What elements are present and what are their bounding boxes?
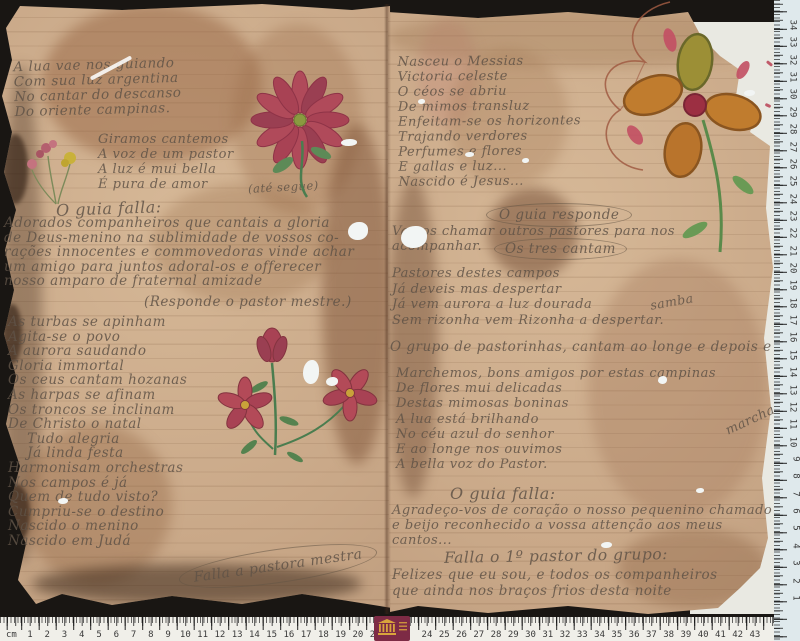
ruler-number: 15 [266, 630, 277, 640]
ruler-number: 3 [790, 560, 800, 565]
ruler-number: 41 [715, 630, 726, 640]
ruler-number: 42 [732, 630, 743, 640]
paper-hole [326, 377, 338, 386]
handwritten-line: e beijo reconhecido a vossa attenção aos… [392, 518, 772, 533]
ruler-number: 33 [577, 630, 588, 640]
handwritten-line: Agita-se o povo [8, 330, 187, 345]
stanza-pastores: Pastores destes camposJá deveis mas desp… [392, 266, 664, 328]
ruler-number: 24 [422, 630, 433, 640]
stanza-song: Giramos cantemosA voz de um pastorA luz … [98, 132, 234, 192]
ruler-number: 1 [27, 630, 32, 640]
handwritten-line: A voz de um pastor [98, 147, 234, 162]
ruler-number: 15 [788, 349, 798, 360]
handwritten-line: No céu azul do senhor [396, 427, 716, 442]
ruler-number: 4 [790, 543, 800, 548]
small-margin-flowers-drawing [18, 130, 88, 210]
handwritten-line: De Christo o natal [8, 417, 187, 432]
stanza-messias: Nasceu o MessiasVictoria celesteO céos s… [397, 53, 581, 190]
ruler-number: 9 [165, 630, 170, 640]
handwritten-line: Nascido é Jesus... [398, 173, 581, 190]
handwritten-line: De mimos transluz [398, 98, 581, 115]
ruler-number: 26 [456, 630, 467, 640]
handwritten-line: Tudo alegria [8, 432, 187, 447]
manuscript-scan: A lua vae nos guiandoCom sua luz argenti… [0, 0, 800, 641]
handwritten-line: E ao longe nos ouvimos [396, 442, 716, 457]
ruler-major-ticks [774, 0, 787, 641]
ruler-number: 24 [788, 193, 798, 204]
handwritten-line: que ainda nos braços frios desta noite [392, 584, 718, 600]
ruler-number: 10 [180, 630, 191, 640]
ruler-number: 20 [353, 630, 364, 640]
ruler-number: 17 [788, 315, 798, 326]
paper-hole [522, 158, 529, 163]
ruler-number: 16 [788, 332, 798, 343]
ruler-number: 39 [680, 630, 691, 640]
paper-hole [341, 139, 357, 146]
handwritten-line: Os troncos se inclinam [8, 403, 187, 418]
handwritten-line: Cumpriu-se o destino [8, 505, 187, 520]
handwritten-line: Victoria celeste [398, 68, 581, 85]
handwritten-line: Giramos cantemos [98, 132, 234, 147]
paper-hole [465, 152, 474, 157]
handwritten-line: de Deus-menino na sublimidade de vossos … [4, 231, 354, 246]
ruler-number: 2 [790, 578, 800, 583]
ruler-number: 36 [629, 630, 640, 640]
handwritten-line: E gallas e luz... [398, 158, 581, 175]
ruler-number: 19 [335, 630, 346, 640]
ruler-number: 22 [788, 228, 798, 239]
stanza-marcha: Marchemos, bons amigos por estas campina… [396, 366, 716, 472]
right-ruler: 1234567891011121314151617181920212223242… [774, 0, 800, 641]
paper-hole [58, 498, 68, 504]
ruler-number: 31 [542, 630, 553, 640]
handwritten-line: Nascido em Judá [8, 534, 187, 549]
handwritten-line: Perfumes e flores [398, 143, 581, 160]
ruler-number: 8 [790, 474, 800, 479]
ruler-number: 23 [788, 211, 798, 222]
ruler-number: 29 [788, 106, 798, 117]
ruler-number: 13 [788, 384, 798, 395]
handwritten-line: As harpas se afinam [8, 388, 187, 403]
paper-hole [401, 226, 427, 248]
handwritten-line: Adorados companheiros que cantais a glor… [4, 216, 354, 231]
ruler-number: 8 [148, 630, 153, 640]
paper-hole [303, 360, 319, 384]
ruler-number: 35 [611, 630, 622, 640]
ruler-number: 31 [788, 72, 798, 83]
handwritten-line: De flores mui delicadas [396, 381, 716, 396]
ruler-number: 6 [790, 508, 800, 513]
handwritten-line: A bella voz do Pastor. [396, 457, 716, 472]
handwritten-line: As turbas se apinham [8, 315, 187, 330]
page-fold [384, 4, 391, 614]
handwritten-line: um amigo para juntos adoral-os e offerec… [4, 260, 354, 275]
ruler-number: 2 [45, 630, 50, 640]
ruler-number: 16 [283, 630, 294, 640]
paper-hole [601, 542, 612, 548]
ruler-number: 14 [788, 367, 798, 378]
ruler-number: 37 [646, 630, 657, 640]
ruler-number: 13 [232, 630, 243, 640]
ruler-number: 10 [788, 436, 798, 447]
handwritten-line: Felizes que eu sou, e todos os companhei… [392, 568, 718, 584]
guide-speech: Adorados companheiros que cantais a glor… [4, 216, 354, 289]
ruler-number: 21 [788, 245, 798, 256]
handwritten-line: Nascido o menino [8, 519, 187, 534]
ruler-number: 11 [197, 630, 208, 640]
ruler-number: 3 [62, 630, 67, 640]
ruler-number: 40 [698, 630, 709, 640]
handwritten-line: A lua está brilhando [396, 412, 716, 427]
ruler-number: 14 [249, 630, 260, 640]
archive-logo [374, 616, 410, 641]
ruler-number: 9 [790, 456, 800, 461]
ruler-number: 27 [788, 141, 798, 152]
ruler-number: 32 [788, 54, 798, 65]
pastor1-speech: Felizes que eu sou, e todos os companhei… [392, 568, 718, 599]
ruler-number: 19 [788, 280, 798, 291]
handwritten-line: Trajando verdores [398, 128, 581, 145]
handwritten-line: Enfeitam-se os horizontes [398, 113, 581, 130]
handwritten-line: Já deveis mas despertar [392, 282, 664, 298]
ruler-number: 32 [560, 630, 571, 640]
ruler-number: 7 [131, 630, 136, 640]
handwritten-line: Gloria immortal [8, 359, 187, 374]
paper-hole [744, 90, 755, 96]
ruler-unit-label: cm [6, 630, 17, 640]
handwritten-line: A aurora saudando [8, 344, 187, 359]
ruler-number: 1 [790, 595, 800, 600]
ruler-number: 29 [508, 630, 519, 640]
ruler-number: 4 [79, 630, 84, 640]
ruler-number: 11 [788, 419, 798, 430]
handwritten-line: É pura de amor [98, 177, 234, 192]
handwritten-line: Nasceu o Messias [397, 53, 580, 70]
red-daisy-drawing [245, 45, 365, 205]
handwritten-line: O céos se abriu [398, 83, 581, 100]
ruler-number: 30 [788, 89, 798, 100]
ruler-number: 6 [114, 630, 119, 640]
ruler-number: 12 [788, 401, 798, 412]
note-responde: (Responde o pastor mestre.) [144, 294, 352, 310]
handwritten-line: Agradeço-vos de coração o nosso pequenin… [392, 503, 772, 518]
handwritten-line: Nos campos é já [8, 476, 187, 491]
ruler-number: 34 [788, 20, 798, 31]
ruler-number: 18 [788, 297, 798, 308]
ruler-number: 34 [594, 630, 605, 640]
ruler-number: 25 [439, 630, 450, 640]
large-orange-flower-drawing [575, 0, 780, 270]
paper-hole [348, 222, 368, 240]
handwritten-line: rações innocentes e commovedoras vinde a… [4, 245, 354, 260]
handwritten-line: Harmonisam orchestras [8, 461, 187, 476]
ruler-number: 38 [663, 630, 674, 640]
guide-heading-right: O guia falla: [450, 484, 556, 503]
stanza-natal: As turbas se apinhamAgita-se o povoA aur… [8, 315, 187, 549]
ruler-number: 18 [318, 630, 329, 640]
guide-thanks: Agradeço-vos de coração o nosso pequenin… [392, 503, 772, 548]
ruler-number: 33 [788, 37, 798, 48]
handwritten-line: A luz é mui bella [98, 162, 234, 177]
handwritten-line: Marchemos, bons amigos por estas campina… [396, 366, 716, 381]
handwritten-line: Já vem aurora a luz dourada [392, 297, 664, 313]
stage-direction: O grupo de pastorinhas, cantam ao longe … [390, 339, 772, 355]
paper-hole [658, 376, 667, 384]
paper-hole [418, 99, 425, 104]
ruler-number: 28 [491, 630, 502, 640]
ruler-number: 43 [749, 630, 760, 640]
ruler-number: 12 [214, 630, 225, 640]
ruler-number: 28 [788, 124, 798, 135]
paper-hole [696, 488, 704, 493]
handwritten-line: Destas mimosas boninas [396, 396, 716, 411]
handwritten-line: Os ceus cantam hozanas [8, 373, 187, 388]
ruler-number: 30 [525, 630, 536, 640]
handwritten-line: nosso amparo de fraternal amizade [4, 274, 354, 289]
stanza-opening: A lua vae nos guiandoCom sua luz argenti… [13, 56, 182, 120]
ruler-number: 20 [788, 263, 798, 274]
ruler-number: 7 [790, 491, 800, 496]
handwritten-line: Sem rizonha vem Rizonha a despertar. [392, 313, 664, 329]
ruler-number: 27 [473, 630, 484, 640]
ruler-number: 5 [96, 630, 101, 640]
ruler-number: 5 [790, 526, 800, 531]
ruler-number: 25 [788, 176, 798, 187]
handwritten-line: Já linda festa [8, 446, 187, 461]
wild-rose-cluster-drawing [215, 325, 380, 475]
handwritten-line: Quem de tudo visto? [8, 490, 187, 505]
ruler-number: 17 [301, 630, 312, 640]
ruler-number: 26 [788, 158, 798, 169]
